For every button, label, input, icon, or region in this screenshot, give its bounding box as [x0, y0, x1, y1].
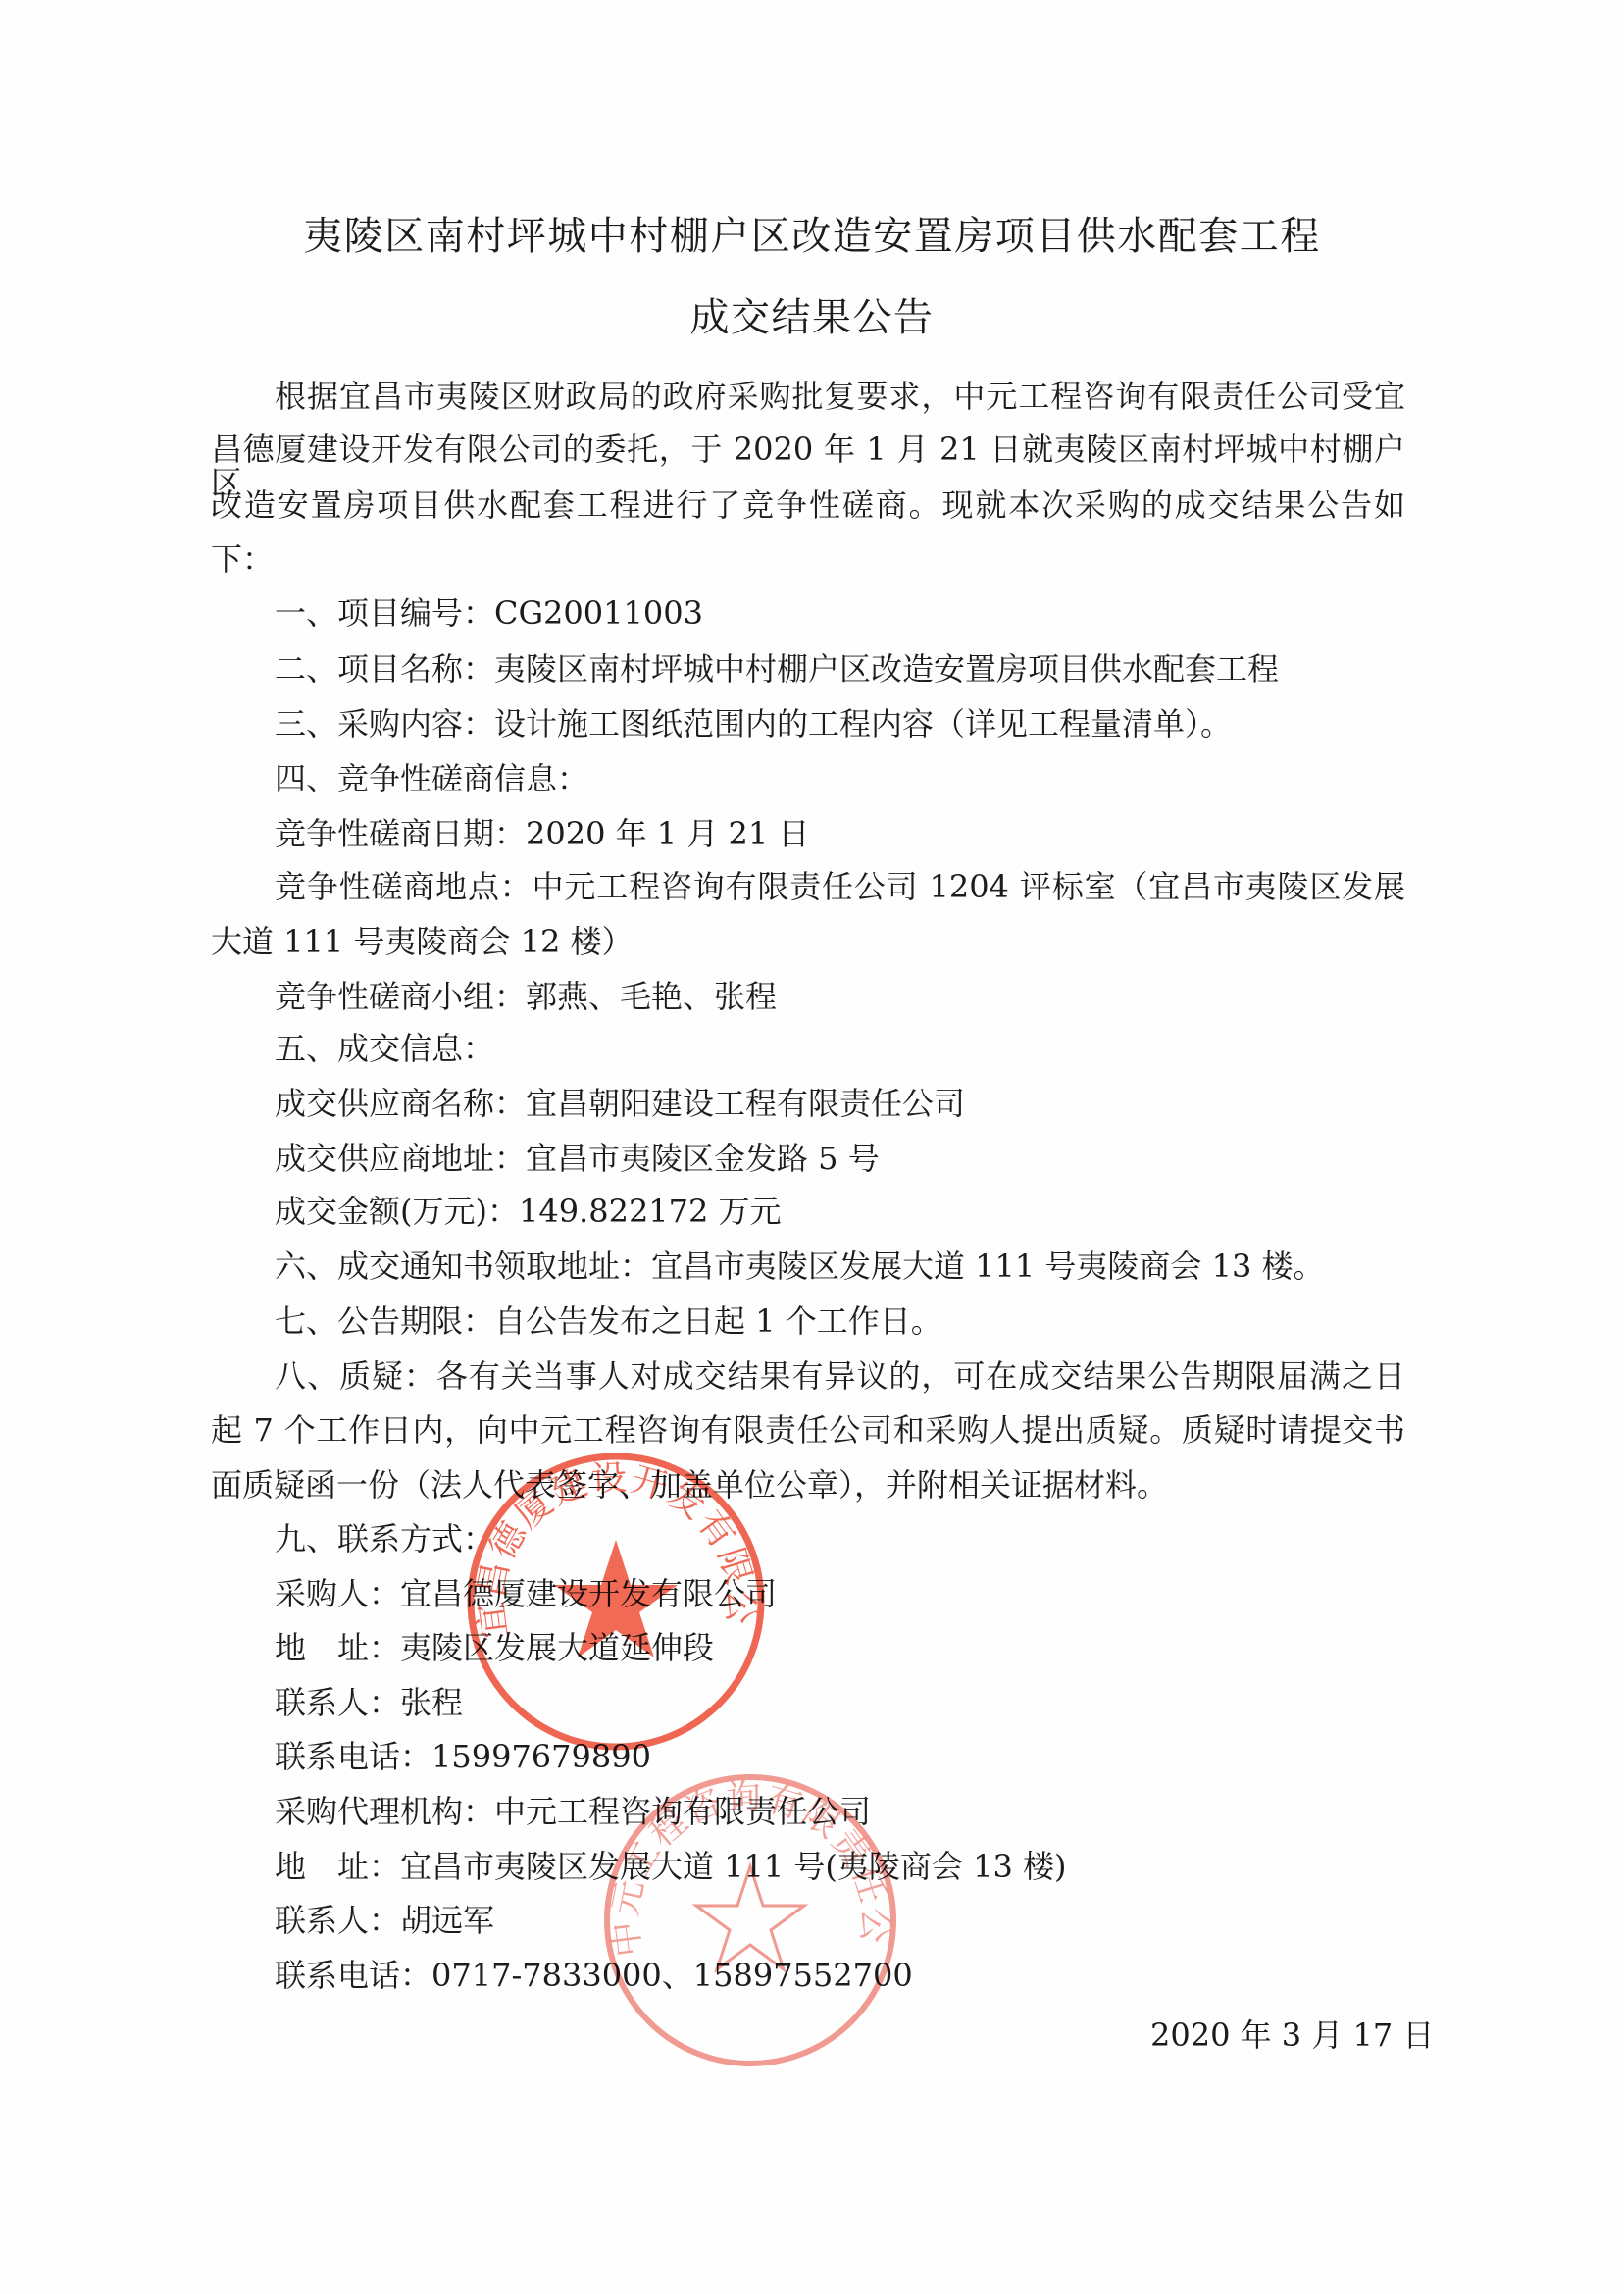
query-line-2: 起 7 个工作日内，向中元工程咨询有限责任公司和采购人提出质疑。质疑时请提交书: [211, 1413, 1405, 1447]
purchaser-address: 地 址：夷陵区发展大道延伸段: [275, 1631, 714, 1664]
document-page: 夷陵区南村坪城中村棚户区改造安置房项目供水配套工程 成交结果公告 根据宜昌市夷陵…: [0, 0, 1624, 2294]
negotiation-place-line-1: 竞争性磋商地点：中元工程咨询有限责任公司 1204 评标室（宜昌市夷陵区发展: [275, 870, 1405, 903]
intro-line-4: 下：: [211, 542, 274, 576]
announcement-period: 七、公告期限：自公告发布之日起 1 个工作日。: [275, 1304, 942, 1338]
deal-amount: 成交金额(万元)：149.822172 万元: [275, 1195, 782, 1228]
supplier-name: 成交供应商名称：宜昌朝阳建设工程有限责任公司: [275, 1087, 965, 1120]
document-title: 夷陵区南村坪城中村棚户区改造安置房项目供水配套工程: [0, 217, 1624, 256]
intro-line-1: 根据宜昌市夷陵区财政局的政府采购批复要求，中元工程咨询有限责任公司受宜: [275, 380, 1405, 413]
document-date: 2020 年 3 月 17 日: [1150, 2018, 1397, 2052]
agency-address: 地 址：宜昌市夷陵区发展大道 111 号(夷陵商会 13 楼): [275, 1850, 1066, 1883]
negotiation-group: 竞争性磋商小组：郭燕、毛艳、张程: [275, 980, 777, 1013]
purchaser-contact: 联系人：张程: [275, 1686, 463, 1719]
agency-phone: 联系电话：0717-7833000、15897552700: [275, 1959, 913, 1992]
procurement-content: 三、采购内容：设计施工图纸范围内的工程内容（详见工程量清单）。: [275, 707, 1232, 740]
purchaser-phone: 联系电话：15997679890: [275, 1740, 651, 1773]
purchaser-name: 采购人：宜昌德厦建设开发有限公司: [275, 1577, 777, 1610]
negotiation-place-line-2: 大道 111 号夷陵商会 12 楼）: [211, 925, 634, 958]
project-name: 二、项目名称：夷陵区南村坪城中村棚户区改造安置房项目供水配套工程: [275, 652, 1279, 686]
agency-contact: 联系人：胡远军: [275, 1904, 494, 1937]
contact-header: 九、联系方式：: [275, 1522, 494, 1555]
document-subtitle: 成交结果公告: [0, 298, 1624, 337]
intro-line-3: 改造安置房项目供水配套工程进行了竞争性磋商。现就本次采购的成交结果公告如: [211, 488, 1405, 522]
deal-header: 五、成交信息：: [275, 1032, 494, 1065]
project-number: 一、项目编号：CG20011003: [275, 596, 703, 630]
query-line-1: 八、质疑：各有关当事人对成交结果有异议的，可在成交结果公告期限届满之日: [275, 1359, 1405, 1393]
query-line-3: 面质疑函一份（法人代表签字、加盖单位公章），并附相关证据材料。: [211, 1468, 1168, 1502]
supplier-address: 成交供应商地址：宜昌市夷陵区金发路 5 号: [275, 1142, 880, 1175]
agency-name: 采购代理机构：中元工程咨询有限责任公司: [275, 1795, 871, 1828]
negotiation-date: 竞争性磋商日期：2020 年 1 月 21 日: [275, 817, 809, 850]
negotiation-header: 四、竞争性磋商信息：: [275, 762, 588, 795]
notice-pickup-address: 六、成交通知书领取地址：宜昌市夷陵区发展大道 111 号夷陵商会 13 楼。: [275, 1249, 1325, 1283]
